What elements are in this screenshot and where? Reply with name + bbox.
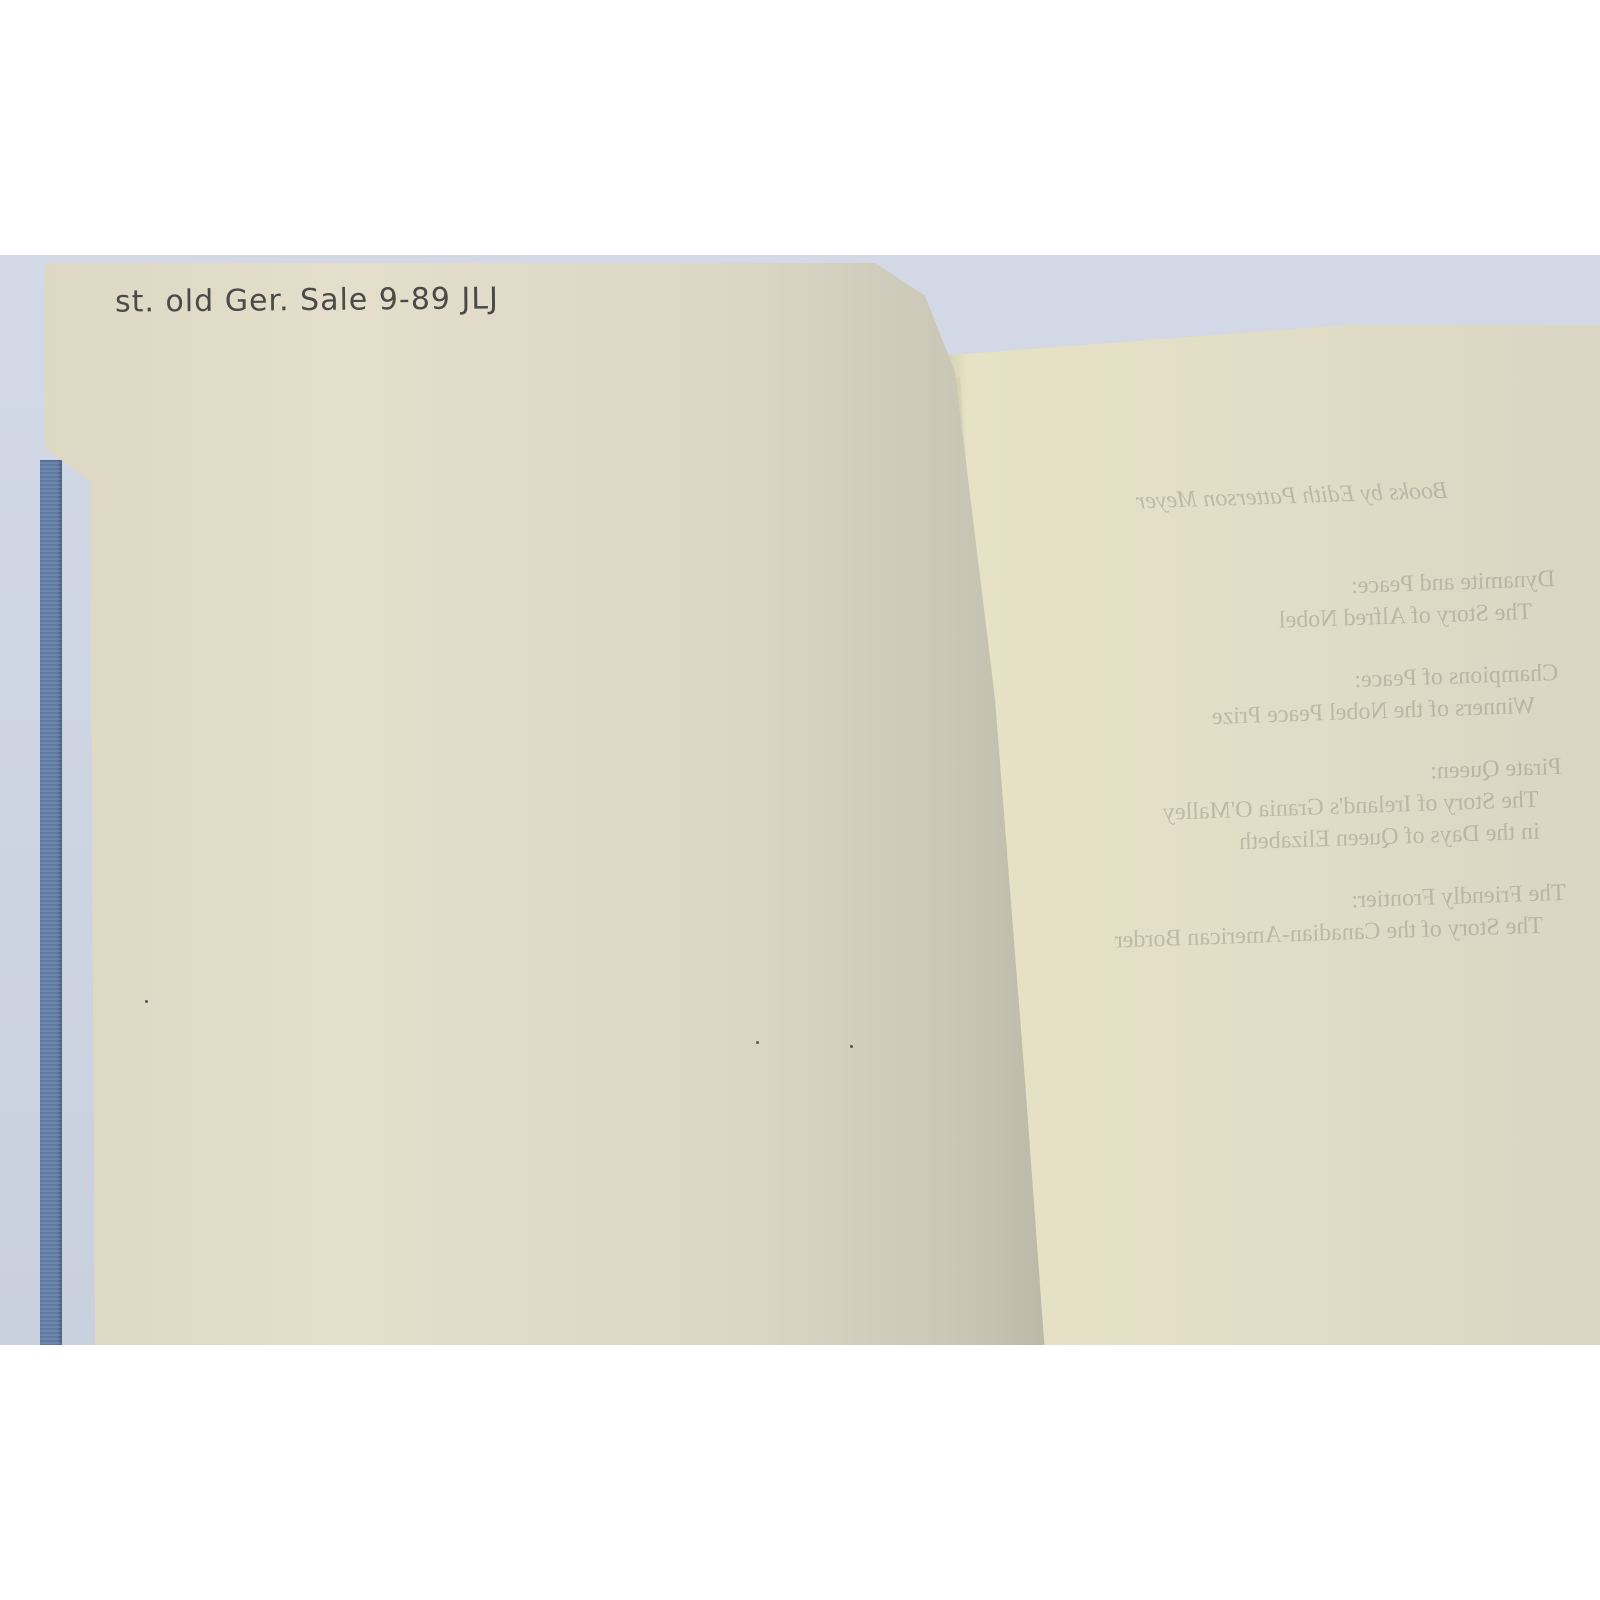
booklist-entry: Champions of Peace: Winners of the Nobel… xyxy=(1038,657,1560,739)
show-through-text: Books by Edith Patterson Meyer Dynamite … xyxy=(1031,471,1568,989)
paper-speck xyxy=(850,1045,853,1048)
photo-background: st. old Ger. Sale 9-89 JLJ Books by Edit… xyxy=(0,255,1600,1345)
left-page: st. old Ger. Sale 9-89 JLJ xyxy=(45,263,1045,1345)
booklist-entry: The Friendly Frontier: The Story of the … xyxy=(1046,877,1568,959)
booklist-entry: Dynamite and Peace: The Story of Alfred … xyxy=(1035,563,1557,645)
booklist-entry: Pirate Queen: The Story of Ireland's Gra… xyxy=(1041,751,1564,865)
paper-speck xyxy=(756,1041,759,1044)
pencil-inscription: st. old Ger. Sale 9-89 JLJ xyxy=(115,281,499,319)
book-cover-edge xyxy=(40,460,62,1345)
paper-speck xyxy=(145,1000,148,1003)
